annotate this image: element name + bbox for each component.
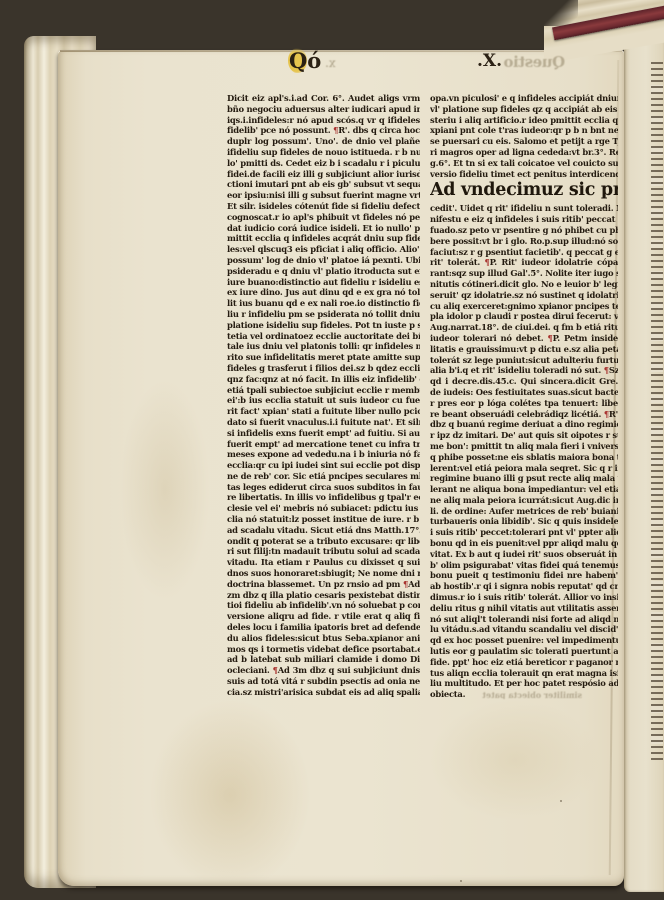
running-head-numeral: .X. [477,51,502,71]
text-line: iure buano:distinctio aut fideliu r isid… [227,277,420,288]
text-line: q phibe posset:ne eis sblatis maiora bon… [430,452,618,463]
text-line: faciut:sz r g psentiut facietib'. q pecc… [430,247,618,258]
text-line: fideles g trasferut i filios dei.sz b qd… [227,363,420,374]
text-line: du alios fideles:sicut btus Seba.xpianor… [227,633,420,644]
text-line: rit fact' xpian' stati a fuitute liber n… [227,406,420,417]
text-line: me bon': pmittit tn aliq mala fieri i vn… [430,441,618,452]
text-line: steriu i aliq artificio.r ideo pmittit e… [430,115,618,126]
text-line: eor ipsiu:nisi illi g subsut fuerint mag… [227,190,420,201]
text-line: ne aliq mala peiora icurrát:sicut Aug.di… [430,495,618,506]
text-line: cedit'. Uidet q rit' ifideliu n sunt tol… [430,203,618,214]
text-line: nifestu e eiz q infideles i suis ritib' … [430,214,618,225]
text-line: clia nó statuit:lz posset institue de iu… [227,514,420,525]
text-line: liu multitudo. Et per hoc patet respósio… [430,678,618,689]
text-line: si infidelis exns fuerit empt' ad fuitiu… [227,428,420,439]
text-line: vitadu. Ita etiam r Paulus cu dixisset q… [227,557,420,568]
text-line: fuado.sz peto vr psentire g nó phibet cu… [430,225,618,236]
text-line: ri magros oper ad ligna cededa:vt br.3°.… [430,147,618,158]
text-line: i suis ritib' peccet:tolerari pnt vl' pp… [430,527,618,538]
text-line: dat iudicio corá iudice isideli. Et io n… [227,223,420,234]
text-line: lu vitádu.s.ad vitandu scandaliu vel dis… [430,624,618,635]
text-line: platione isideliu sup fideles. Pot tn iu… [227,320,420,331]
book-photo: Qó x. .X. Questio Dicit eiz apl's.i.ad C… [0,0,664,900]
section-heading: Ad vndecimuz sic pro [430,179,618,203]
text-line: mos qs i tormetis videbat defice psortab… [227,644,420,655]
text-line: ne de reb' cor. Sic etiá pncipes secular… [227,471,420,482]
text-line: liu r infideliu pm se psiderata nó tolli… [227,309,420,320]
text-line: ctioni imutari pnt ab eis gb' subsut vt … [227,179,420,190]
text-column-left: Dicit eiz apl's.i.ad Cor. 6°. Audet alig… [227,93,420,709]
text-line: meses expone ad vededu.na i b iniuria nó… [227,449,420,460]
text-line: bere possit:vt br i glo. Ro.p.sup illud:… [430,236,618,247]
text-line: rit' tolerát. ¶P. Rit' iudeor idolatrie … [430,257,618,268]
text-line: r pres eor p lóga colétes tpa tenuert: l… [430,398,618,409]
text-line: deles locu i familia ipatoris bret ad de… [227,622,420,633]
text-line: nitutis cótineri.dicit glo. No e leuior … [430,279,618,290]
text-line: ondit q poterat se a tributo excusare: q… [227,536,420,547]
text-line: fuerit empt' ad mercatione tenet cu infr… [227,439,420,450]
text-line: b' olim psigurabat' vitas fidei quá tene… [430,560,618,571]
text-line: dnos suos honoraret:sbiugit; Ne nome dni… [227,568,420,579]
text-line: alia b'i.q et rit' isideliu toleradi nó … [430,365,618,376]
text-line: lit ius buanu qd e ex nali roe.io distin… [227,298,420,309]
text-line: ei':b ius ecclia statuit ut suis iudeor … [227,395,420,406]
text-line: versione aliqru ad fide. r vtile erat q … [227,611,420,622]
text-line: de iudeis: Oes festiuitates suas.sicut b… [430,387,618,398]
text-line: Et silr. isideles cótenút fide si fideli… [227,201,420,212]
text-line: ad scadalu vitadu. Sicut etiá dns Matth.… [227,525,420,536]
text-line: qd i decre.dis.45.c. Qui sincera.dicit G… [430,376,618,387]
text-line: possum' log de dnio vl' platoe iá pexnti… [227,255,420,266]
text-line: fidelib' pce nó possunt. ¶R'. dbs q circ… [227,125,420,136]
text-line: ifideliu sup fideles de nouo istitueda. … [227,147,420,158]
text-line: Dicit eiz apl's.i.ad Cor. 6°. Audet alig… [227,93,420,104]
text-line: les:vel qlscuq3 eis pficiat i aliq offic… [227,244,420,255]
text-line: tus aliqn ecclia tolerauit qn erat magna… [430,668,618,679]
text-line: cia.sz mistri'arisica subdat eis ad aliq… [227,687,420,698]
text-line: deliu ritus g nihil vitatis aut vtilitat… [430,603,618,614]
text-line: tetia vel ordinatoez ecclie auctoritate … [227,331,420,342]
text-line: litatis e grauissimu:vt p dictu e.sz ali… [430,344,618,355]
right-column-lower: cedit'. Uidet q rit' ifideliu n sunt tol… [430,203,618,700]
text-line: doctrina blassemet. Un pz rnsio ad pm ¶A… [227,579,420,590]
text-line: opa.vn piculosi' e q infideles accipiát … [430,93,618,104]
text-line: regimine buano illi g psut recte aliq ma… [430,473,618,484]
text-line: duplr log possum'. Uno'. de dnio vel pla… [227,136,420,147]
text-line: bño negociu aduersus alter iudicari apud… [227,104,420,115]
text-line: re libertatis. In illis vo infidelibus g… [227,492,420,503]
text-line: rant:sqz sup illud Gal'.5°. Nolite iter … [430,268,618,279]
running-head: Qó x. .X. Questio [0,48,664,78]
text-line: dbz q buanú regime deriuat a dino regimi… [430,419,618,430]
text-line: tale ius dniu vel platonis tolli: qr inf… [227,341,420,352]
running-head-left: Qó [288,48,320,73]
text-line: dimus.r io i suis ritib' tolerát. Allior… [430,592,618,603]
text-line: ri sut filij:tn madauit tributu solui ad… [227,546,420,557]
text-line: re beant obseruádi celebrádiqz licétiá. … [430,409,618,420]
text-line: qd ex hoc posset puenire: vel impediment… [430,635,618,646]
text-line: iudeor tolerari nó debet. ¶P. Petm insid… [430,333,618,344]
text-line: iqs.i.infideles:r nó apud scós.q vr q if… [227,115,420,126]
right-column-upper: opa.vn piculosi' e q infideles accipiát … [430,93,618,179]
text-line: ex iure dino. Jus aut dinu qd e ex gra n… [227,287,420,298]
text-line: li. de ordine: Aufer metrices de reb' bu… [430,506,618,517]
text-line: bonu qd in eis puenit:vel ppr aliqd malu… [430,538,618,549]
text-line: psideradu e q dniu vl' platio itroducta … [227,266,420,277]
text-line: r ipz dz imitari. De' aut quis sit oipot… [430,430,618,441]
text-line: Aug.narrat.18°. de ciui.dei. q fm b etiá… [430,322,618,333]
text-line: qnz fac:qnz at nó facit. In illis eiz in… [227,374,420,385]
text-line: versio fideliu timet ect penitus interdi… [430,169,618,180]
corner-shadow [544,0,578,26]
bleedthrough-ghost-line: similiter obiecta patet [432,690,582,699]
text-line: vitat. Ex b aut q iudei rit' suos obseru… [430,549,618,560]
text-line: lerent:vel etiá peiora mala seqret. Sic … [430,463,618,474]
text-line: tioi fideliu ab infidelib'.vn nó solueba… [227,600,420,611]
text-line: lo' pmitti ds. Cedet eiz b i scadalu r i… [227,158,420,169]
text-line: clesie vel ei' mebris nó subiacet: pdict… [227,503,420,514]
text-line: zm dbz q illa platio cesaris pexistebat … [227,590,420,601]
text-line: se puersari cu eis. Salomo et petijt a r… [430,136,618,147]
text-line: ocleciani. ¶Ad 3m dbz q sui subjiciunt d… [227,665,420,676]
illuminated-initial-q: Q [288,48,307,73]
text-line: ecclia:qr cu ipi iudei sint sui ecclie p… [227,460,420,471]
text-line: ad b latebat sub miliari clamide i domo … [227,654,420,665]
text-line: lerant ne aliqua bona impediantur: vel e… [430,484,618,495]
text-line: suis ad totá vitá r subdin psectis ad on… [227,676,420,687]
text-line: seruit' qz idolatrie.sz nó sustinet q id… [430,290,618,301]
text-line: xpiani pnt cole t'ras iudeor:qr p b n bn… [430,125,618,136]
text-line: turbaueris onia libidib'. Sic q quis ins… [430,516,618,527]
text-line: rito sue infidelitatis meret ptate amitt… [227,352,420,363]
text-line: mittit ecclia q infideles acqrát dniu su… [227,233,420,244]
bleedthrough-ghost-right: Questio [504,53,565,71]
text-line: fide. ppt' hoc eiz etiá bereticor r paga… [430,657,618,668]
text-line: dato si fuerit vnaculus.i.i fuitute nat'… [227,417,420,428]
text-line: etiá tpali subiectoe subjiciut ecclie r … [227,385,420,396]
text-line: bonu pueit q testimoniu fidei nre habem' [430,570,618,581]
text-line: g.6°. Et tn si ex tali coicatoe vel coui… [430,158,618,169]
text-line: vl' platione sup fideles qz q accipiát a… [430,104,618,115]
running-head-left-rest: ó [307,48,320,73]
text-line: pla idolor p claudi r postea dirui fecer… [430,311,618,322]
bleedthrough-ghost-left: x. [325,56,336,70]
next-page-text-bleed [651,62,663,762]
text-line: cu aliq exerceret:gnimo xpianor pncipes … [430,301,618,312]
text-line: nó sut aliql't tolerandi nisi forte ad a… [430,614,618,625]
text-line: cognoscat.r io apl's phibuit vt fideles … [227,212,420,223]
text-line: tolerát sz lege puniut:sicut adulteriu f… [430,355,618,366]
text-line: ab hostib'.r qi i signra nobis reputat' … [430,581,618,592]
text-line: lutis eor g paulatim sic tolerati puertu… [430,646,618,657]
text-line: fidei.de facili eiz illi g subjiciunt al… [227,169,420,180]
text-column-right: opa.vn piculosi' e q infideles accipiát … [430,93,618,705]
text-line: tas leges ediderut circa suos subditos i… [227,482,420,493]
